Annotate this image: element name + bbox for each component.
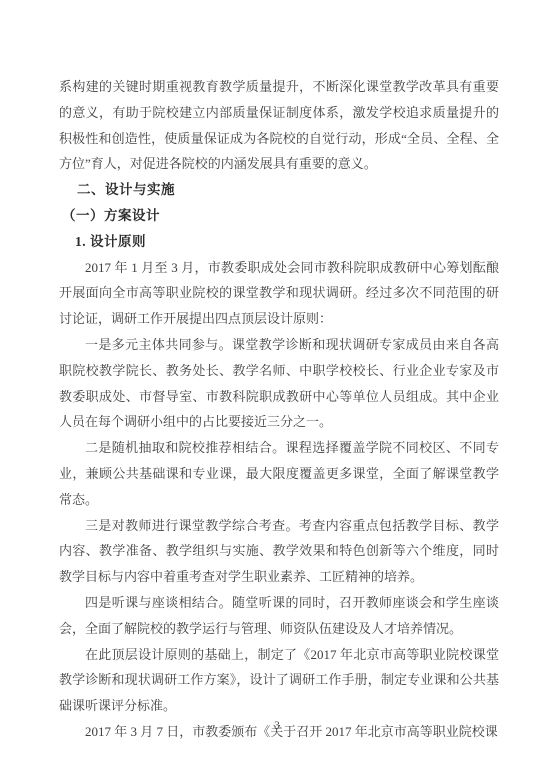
body-paragraph: 2017 年 1 月至 3 月，市教委职成处会同市教科院职成教研中心筹划酝酿开展… bbox=[59, 255, 499, 332]
body-paragraph: 在此顶层设计原则的基础上，制定了《2017 年北京市高等职业院校课堂教学诊断和现… bbox=[59, 642, 499, 719]
document-body: 系构建的关键时期重视教育教学质量提升，不断深化课堂教学改革具有重要的意义，有助于… bbox=[59, 74, 499, 745]
body-paragraph: 四是听课与座谈相结合。随堂听课的同时，召开教师座谈会和学生座谈会，全面了解院校的… bbox=[59, 590, 499, 642]
body-paragraph: 三是对教师进行课堂教学综合考查。考查内容重点包括教学目标、教学内容、教学准备、教… bbox=[59, 513, 499, 590]
section-heading: （一）方案设计 bbox=[59, 203, 499, 229]
body-paragraph: 二是随机抽取和院校推荐相结合。课程选择覆盖学院不同校区、不同专业，兼顾公共基础课… bbox=[59, 435, 499, 512]
body-paragraph: 系构建的关键时期重视教育教学质量提升，不断深化课堂教学改革具有重要的意义，有助于… bbox=[59, 74, 499, 177]
section-heading: 二、设计与实施 bbox=[59, 177, 499, 203]
page-number: 3 bbox=[0, 718, 554, 734]
document-page: 系构建的关键时期重视教育教学质量提升，不断深化课堂教学改革具有重要的意义，有助于… bbox=[0, 0, 554, 784]
body-paragraph: 一是多元主体共同参与。课堂教学诊断和现状调研专家成员由来自各高职院校教学院长、教… bbox=[59, 332, 499, 435]
section-heading: 1. 设计原则 bbox=[59, 229, 499, 255]
